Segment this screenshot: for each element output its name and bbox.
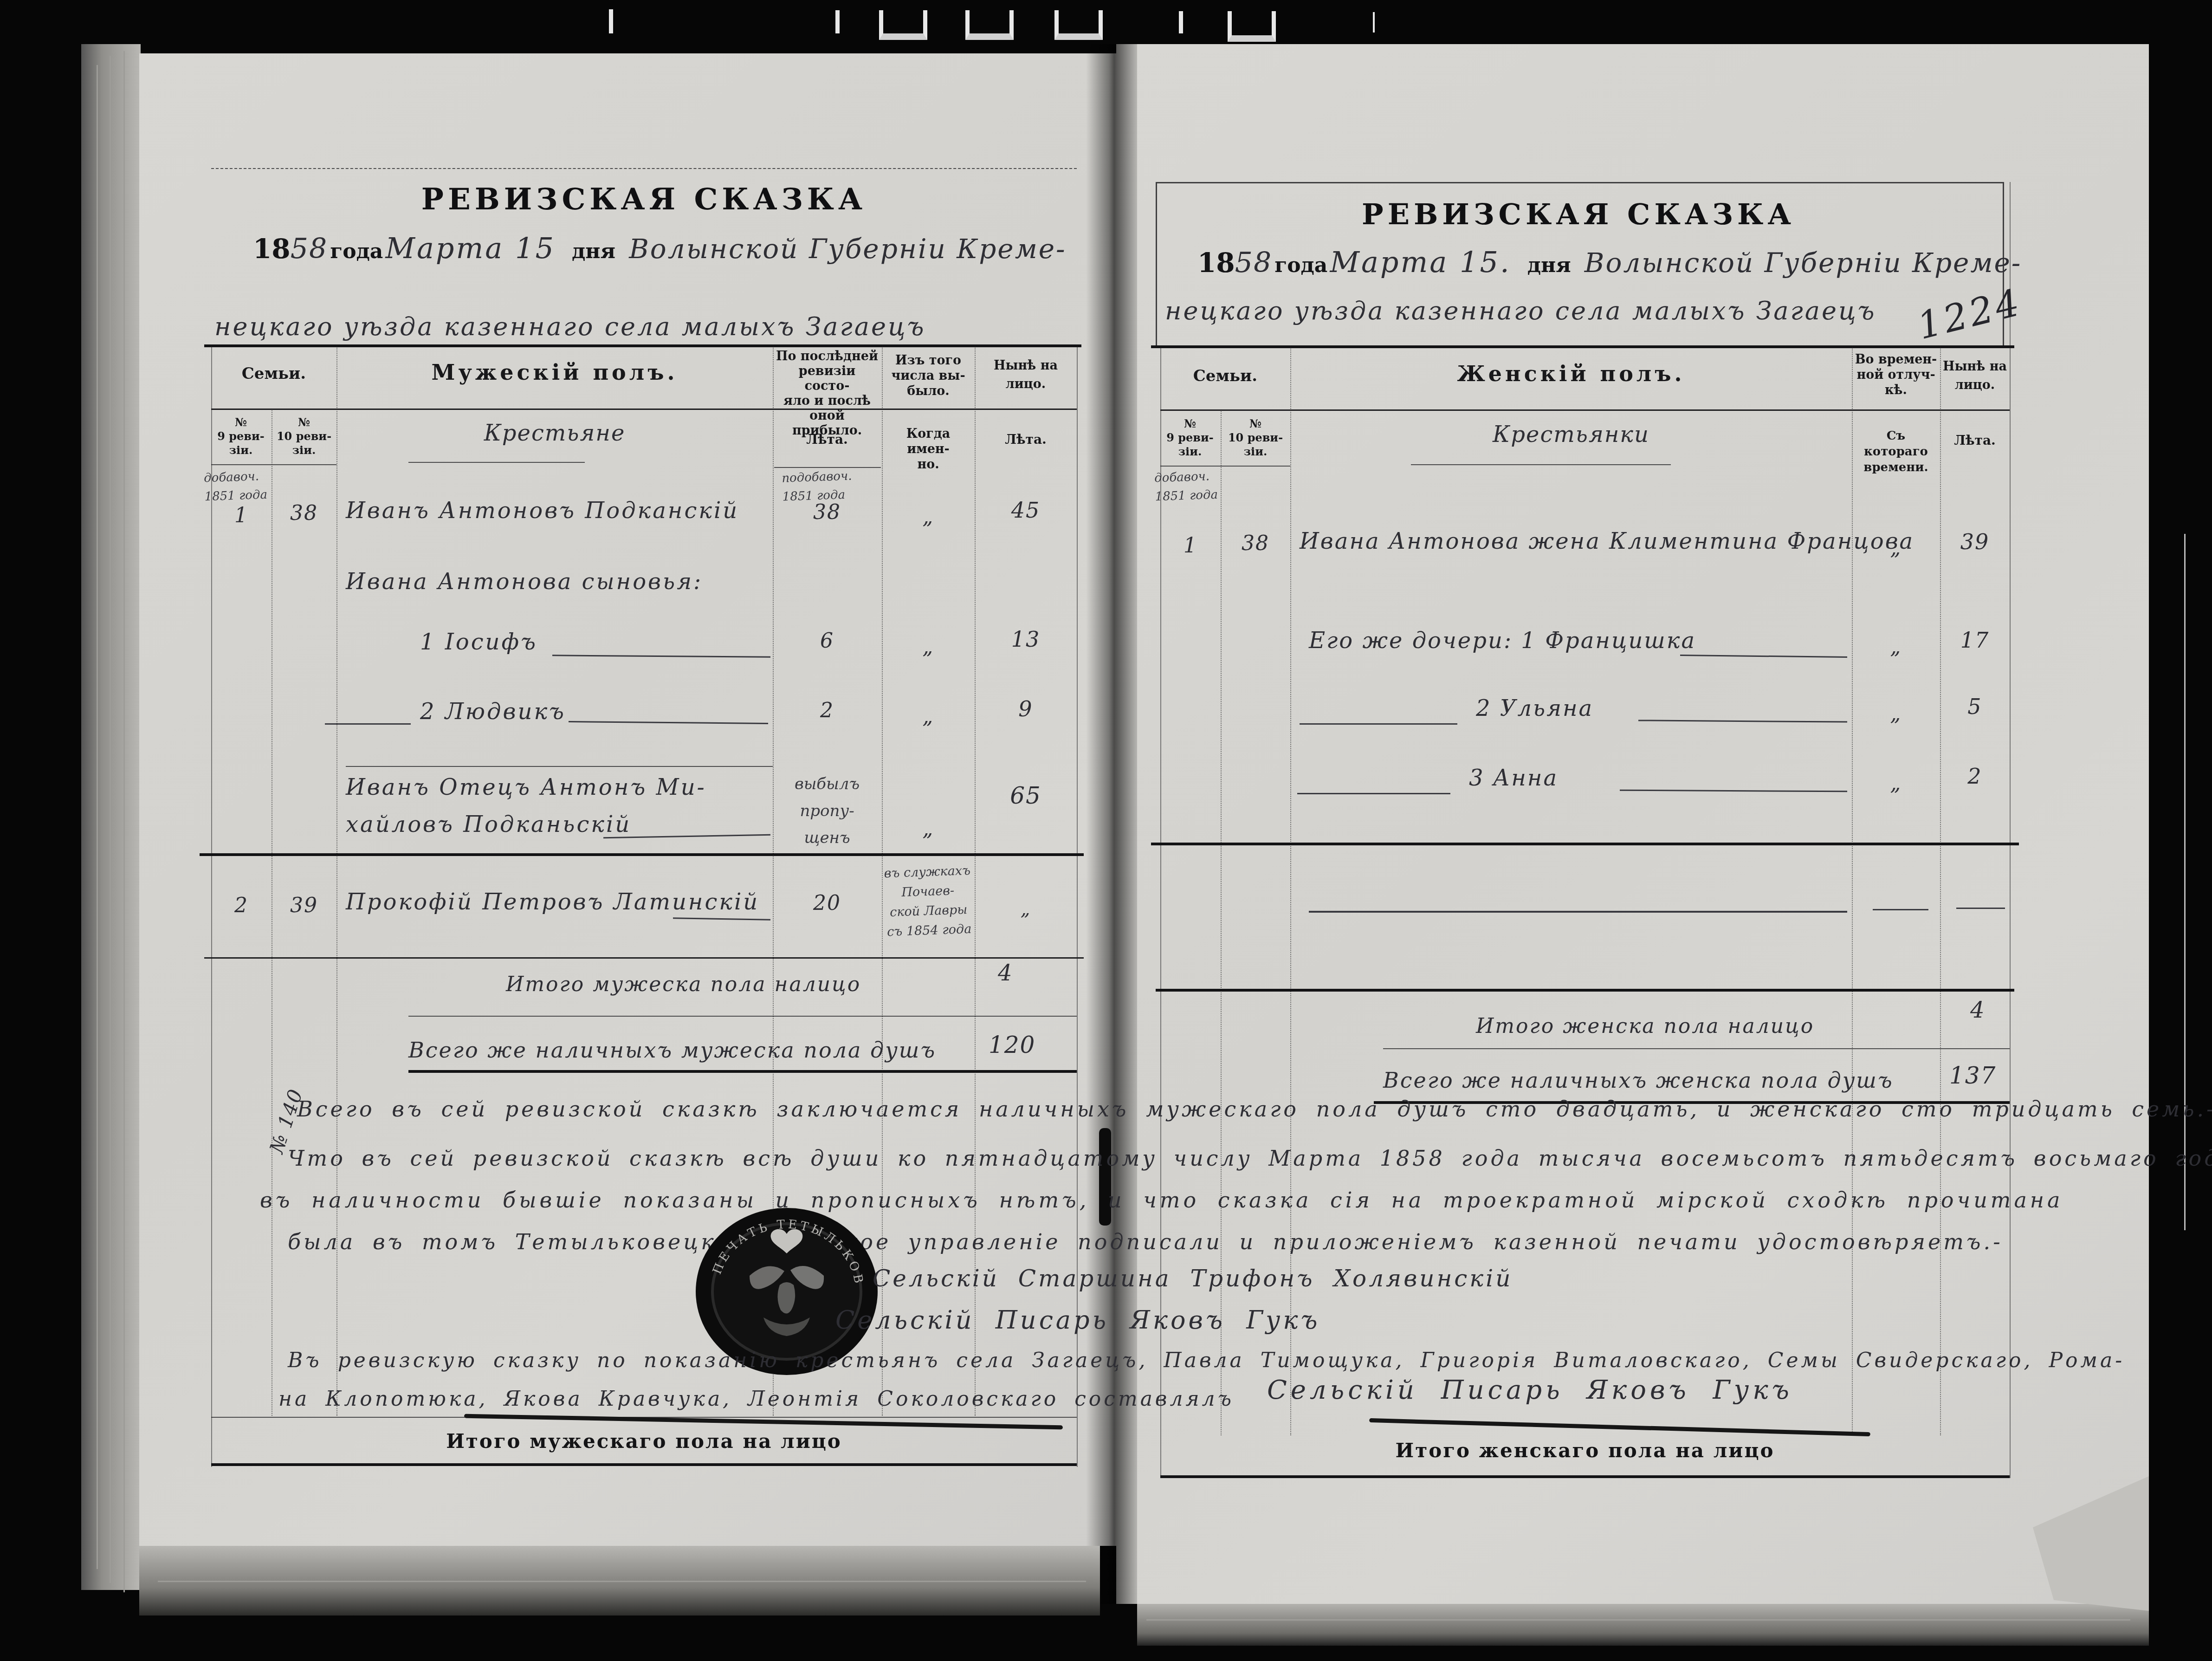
- left-grand-value: 120: [989, 1032, 1035, 1058]
- left-r3-name: 2 Людвикъ: [420, 699, 566, 725]
- left-province: Волынской Губерніи Креме-: [629, 233, 1067, 265]
- right-province: Волынской Губерніи Креме-: [1585, 247, 2022, 279]
- left-footer: Итого мужескаго пола на лицо: [211, 1430, 1077, 1453]
- film-counter-fragment: [1179, 11, 1183, 33]
- right-r3-now: 5: [1941, 694, 2008, 719]
- left-district-line: нецкаго уѣзда казеннаго села малыхъ Зага…: [214, 312, 926, 341]
- right-r4-name: 3 Анна: [1469, 765, 1558, 791]
- right-r3-away: „: [1853, 702, 1939, 726]
- right-r1-now: 39: [1941, 529, 2008, 554]
- left-col-male: Мужескій полъ.: [336, 360, 773, 385]
- attestation-signature: Сельскій Писарь Яковъ Гукъ: [1267, 1375, 1793, 1405]
- left-r4-now: 65: [976, 782, 1075, 809]
- left-col-departed-sub: Когда имен- но.: [883, 426, 973, 472]
- page-stack-bottom-right: [1137, 1604, 2149, 1646]
- right-col-away: Во времен- ной отлуч- кѣ.: [1853, 352, 1939, 398]
- left-col-peasants: Крестьяне: [336, 420, 773, 446]
- left-month-day: Марта 15: [385, 231, 556, 265]
- left-col-present-sub: Лѣта.: [976, 432, 1075, 447]
- right-total-label: Итого женска пола налицо: [1476, 1014, 1814, 1038]
- left-r5-age: 20: [774, 891, 880, 915]
- left-r1-name: Иванъ Антоновъ Подканскій: [346, 498, 739, 524]
- left-r4-dep: „: [883, 817, 973, 841]
- right-year-script: 58: [1235, 247, 1272, 279]
- right-col-female: Женскій полъ.: [1290, 361, 1852, 386]
- left-col-departed: Изъ того числа вы- было.: [883, 353, 973, 399]
- left-r1-rev9: 1: [211, 504, 272, 527]
- left-r2-dep: „: [883, 635, 973, 659]
- left-col-lastrev-sub: Лѣта.: [774, 432, 880, 447]
- left-year-printed: 18: [253, 233, 291, 265]
- right-year-printed: 18: [1197, 247, 1235, 279]
- right-r2-away: „: [1853, 635, 1939, 659]
- film-counter-fragment: [1228, 11, 1276, 42]
- film-counter-fragment: [879, 10, 927, 40]
- scanned-revision-list-spread: РЕВИЗСКАЯ СКАЗКА 1858 года Марта 15 дня …: [0, 0, 2212, 1661]
- right-col-rev10: № 10 реви- зіи.: [1222, 417, 1289, 459]
- left-r3-now: 9: [976, 696, 1075, 721]
- film-counter-fragment: [965, 10, 1014, 40]
- right-r3-name: 2 Ульяна: [1476, 695, 1593, 721]
- left-r5-note: въ служкахъ Почаев- ской Лавры съ 1854 г…: [880, 861, 976, 942]
- right-grand-label: Всего же наличныхъ женска пола душъ: [1383, 1068, 1894, 1093]
- statement-line-3: въ наличности бывшіе показаны и прописны…: [260, 1187, 2063, 1213]
- left-total-value: 4: [998, 960, 1013, 986]
- right-footer: Итого женскаго пола на лицо: [1160, 1439, 2010, 1462]
- right-day-word: дня: [1527, 253, 1571, 277]
- left-year-word: года: [330, 240, 383, 263]
- left-r2-name: 1 Іосифъ: [420, 629, 537, 655]
- left-r5-name: Прокофій Петровъ Латинскій: [346, 889, 759, 915]
- right-r1-rev9: 1: [1160, 534, 1221, 558]
- right-scan-scratch: [2184, 534, 2186, 1230]
- left-r5-now: „: [976, 898, 1075, 920]
- left-r1-age: 38: [774, 500, 880, 524]
- left-r1-rev10: 38: [272, 501, 336, 525]
- right-r1-name: Ивана Антонова жена Климентина Францова: [1300, 528, 1914, 554]
- right-col-family: Семьи.: [1160, 367, 1290, 385]
- left-col-family: Семьи.: [211, 364, 336, 383]
- right-grand-value: 137: [1949, 1062, 1996, 1089]
- right-col-away-sub: Съ котораго времени.: [1853, 428, 1939, 475]
- statement-line-4: была въ томъ Тетыльковецкое Сельское упр…: [288, 1229, 2003, 1254]
- right-date-line: 1858 года Марта 15. дня Волынской Губерн…: [1197, 245, 2022, 279]
- page-stack-left-edge: [81, 44, 141, 1590]
- left-r5-rev10: 39: [272, 894, 336, 917]
- left-col-rev10: № 10 реви- зіи.: [272, 415, 336, 457]
- left-year-script: 58: [291, 233, 328, 265]
- film-counter-fragment: [1373, 12, 1375, 32]
- right-col-peasants: Крестьянки: [1290, 422, 1852, 448]
- right-total-value: 4: [1970, 997, 1986, 1023]
- left-r1-dep: „: [883, 505, 973, 529]
- left-r4-name1: Иванъ Отецъ Антонъ Ми-: [346, 774, 706, 800]
- attestation-line-2: на Клопотюка, Якова Кравчука, Леонтія Со…: [278, 1387, 1234, 1411]
- right-col-present-sub: Лѣта.: [1941, 433, 2008, 448]
- left-day-word: дня: [572, 240, 615, 263]
- right-r1-rev10: 38: [1222, 532, 1289, 555]
- left-r2-age: 6: [774, 629, 880, 653]
- right-r4-away: „: [1853, 772, 1939, 795]
- right-margin-note: добавоч. 1851 года: [1154, 467, 1218, 506]
- right-col-rev9: № 9 реви- зіи.: [1160, 417, 1220, 459]
- left-margin-note: добавоч. 1851 года: [204, 467, 268, 506]
- left-col-lastrev: По послѣдней ревизіи состо- яло и послѣ …: [774, 349, 880, 438]
- left-r3-age: 2: [774, 699, 880, 722]
- signature-clerk: Сельскій Писарь Яковъ Гукъ: [835, 1305, 1320, 1335]
- left-r1-now: 45: [976, 498, 1075, 523]
- right-r4-now: 2: [1941, 764, 2008, 789]
- film-counter-fragment: [835, 10, 840, 33]
- left-sons-label: Ивана Антонова сыновья:: [346, 569, 703, 595]
- right-r1-away: „: [1853, 536, 1939, 560]
- film-counter-fragment: [1054, 10, 1103, 40]
- left-total-label: Итого мужеска пола налицо: [506, 973, 861, 996]
- left-r4-note: выбылъ пропу- щенъ: [774, 771, 880, 851]
- signature-elder: Сельскій Старшина Трифонъ Холявинскій: [873, 1265, 1513, 1292]
- left-r5-rev9: 2: [211, 894, 272, 917]
- right-district-line: нецкаго уѣзда казеннаго села малыхъ Зага…: [1165, 296, 1876, 325]
- left-r2-now: 13: [976, 627, 1075, 652]
- left-col-rev9: № 9 реви- зіи.: [211, 415, 271, 457]
- left-col-present: Нынѣ на лицо.: [976, 357, 1075, 394]
- attestation-line-1: Въ ревизскую сказку по показанію крестья…: [288, 1349, 2125, 1372]
- film-counter-fragment: [609, 9, 613, 33]
- right-r2-now: 17: [1941, 628, 2008, 653]
- right-title: РЕВИЗСКАЯ СКАЗКА: [1156, 197, 2001, 231]
- left-r3-dep: „: [883, 705, 973, 728]
- right-r2-name: Его же дочери: 1 Францишка: [1309, 628, 1696, 654]
- statement-line-2: Что въ сей ревизской сказкѣ всѣ души ко …: [288, 1146, 2212, 1171]
- statement-line-1: Всего въ сей ревизской сказкѣ заключаетс…: [297, 1097, 2212, 1122]
- right-month-day: Марта 15.: [1330, 245, 1511, 279]
- left-title: РЕВИЗСКАЯ СКАЗКА: [211, 182, 1077, 217]
- left-r4-name2: хайловъ Подканьскій: [346, 811, 631, 837]
- left-date-line: 1858 года Марта 15 дня Волынской Губерні…: [253, 231, 1067, 265]
- left-grand-label: Всего же наличныхъ мужеска пола душъ: [408, 1038, 936, 1063]
- right-year-word: года: [1274, 253, 1327, 277]
- right-col-present: Нынѣ на лицо.: [1941, 357, 2008, 395]
